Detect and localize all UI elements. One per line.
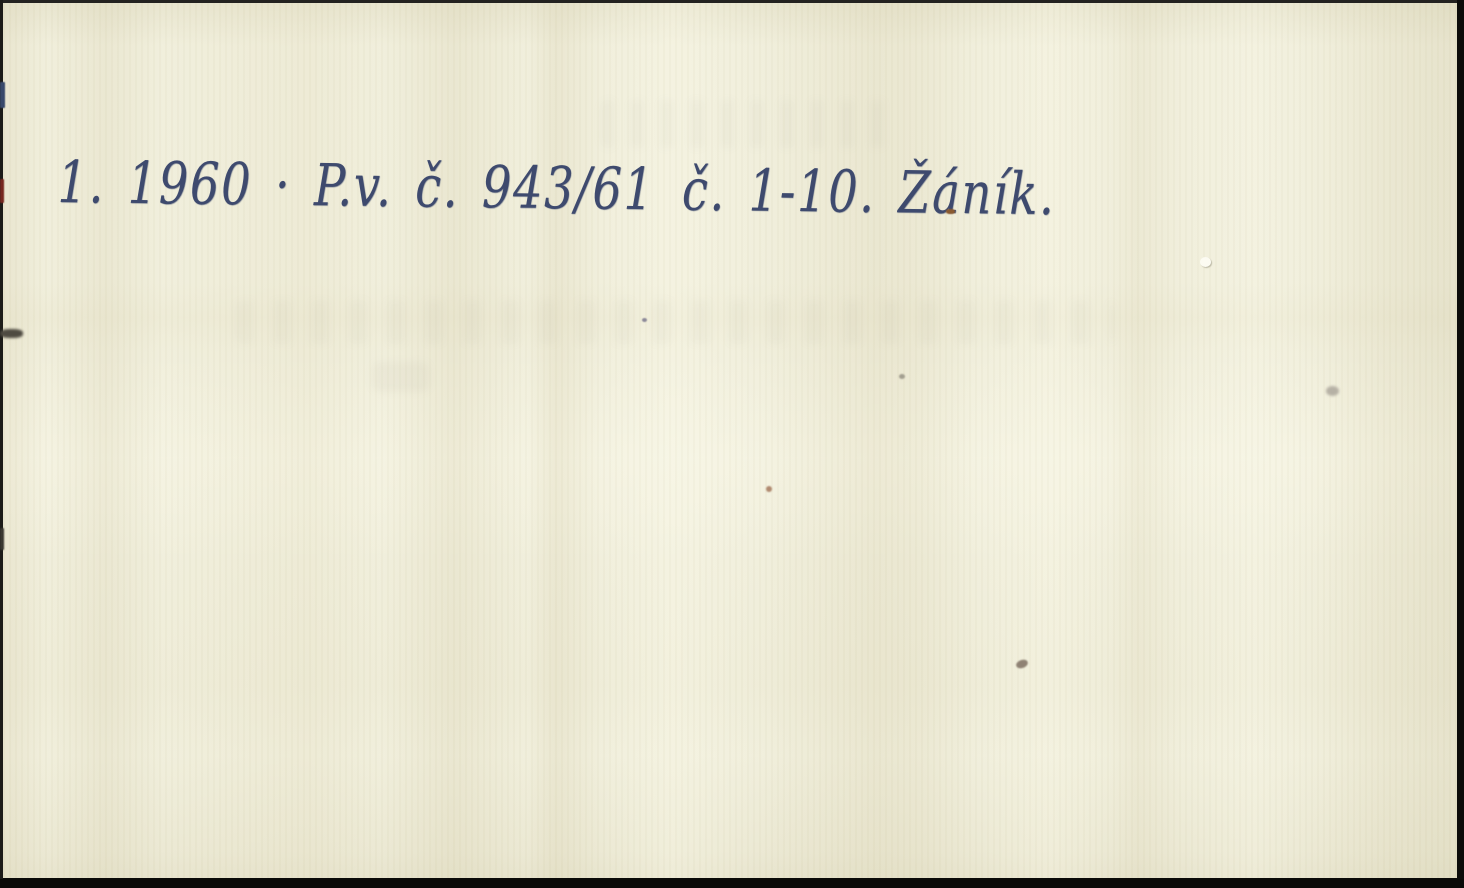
paper-speck-small-1 xyxy=(642,318,647,322)
scan-edge-right xyxy=(1457,0,1464,888)
paper-speck-red xyxy=(766,486,772,492)
left-edge-red-mark xyxy=(0,179,4,203)
inscription-segment-date-ref: 1. 1960 · P.v. č. 943/61 xyxy=(57,148,655,223)
bleed-through-ghost-top xyxy=(600,100,900,148)
paper-speck-grey xyxy=(1326,386,1339,396)
handwritten-inscription: 1. 1960 · P.v. č. 943/61č. 1-10. Žáník. xyxy=(57,148,1056,228)
scanned-card: 1. 1960 · P.v. č. 943/61č. 1-10. Žáník. xyxy=(0,0,1464,888)
paper-speck-small-2 xyxy=(899,374,905,379)
bleed-through-smudge xyxy=(372,362,430,392)
ink-fleck-after-text xyxy=(946,209,955,214)
left-edge-blue-mark xyxy=(0,82,5,108)
scan-edge-top xyxy=(0,0,1464,3)
paper-speck-white xyxy=(1200,257,1211,267)
bleed-through-ghost-middle xyxy=(235,300,1115,344)
inscription-segment-range-name: č. 1-10. Žáník. xyxy=(682,156,1056,229)
scan-edge-left xyxy=(0,0,3,888)
left-edge-dark-dash xyxy=(0,329,23,338)
left-edge-lower-mark xyxy=(0,528,4,550)
scan-edge-bottom xyxy=(0,879,1464,888)
